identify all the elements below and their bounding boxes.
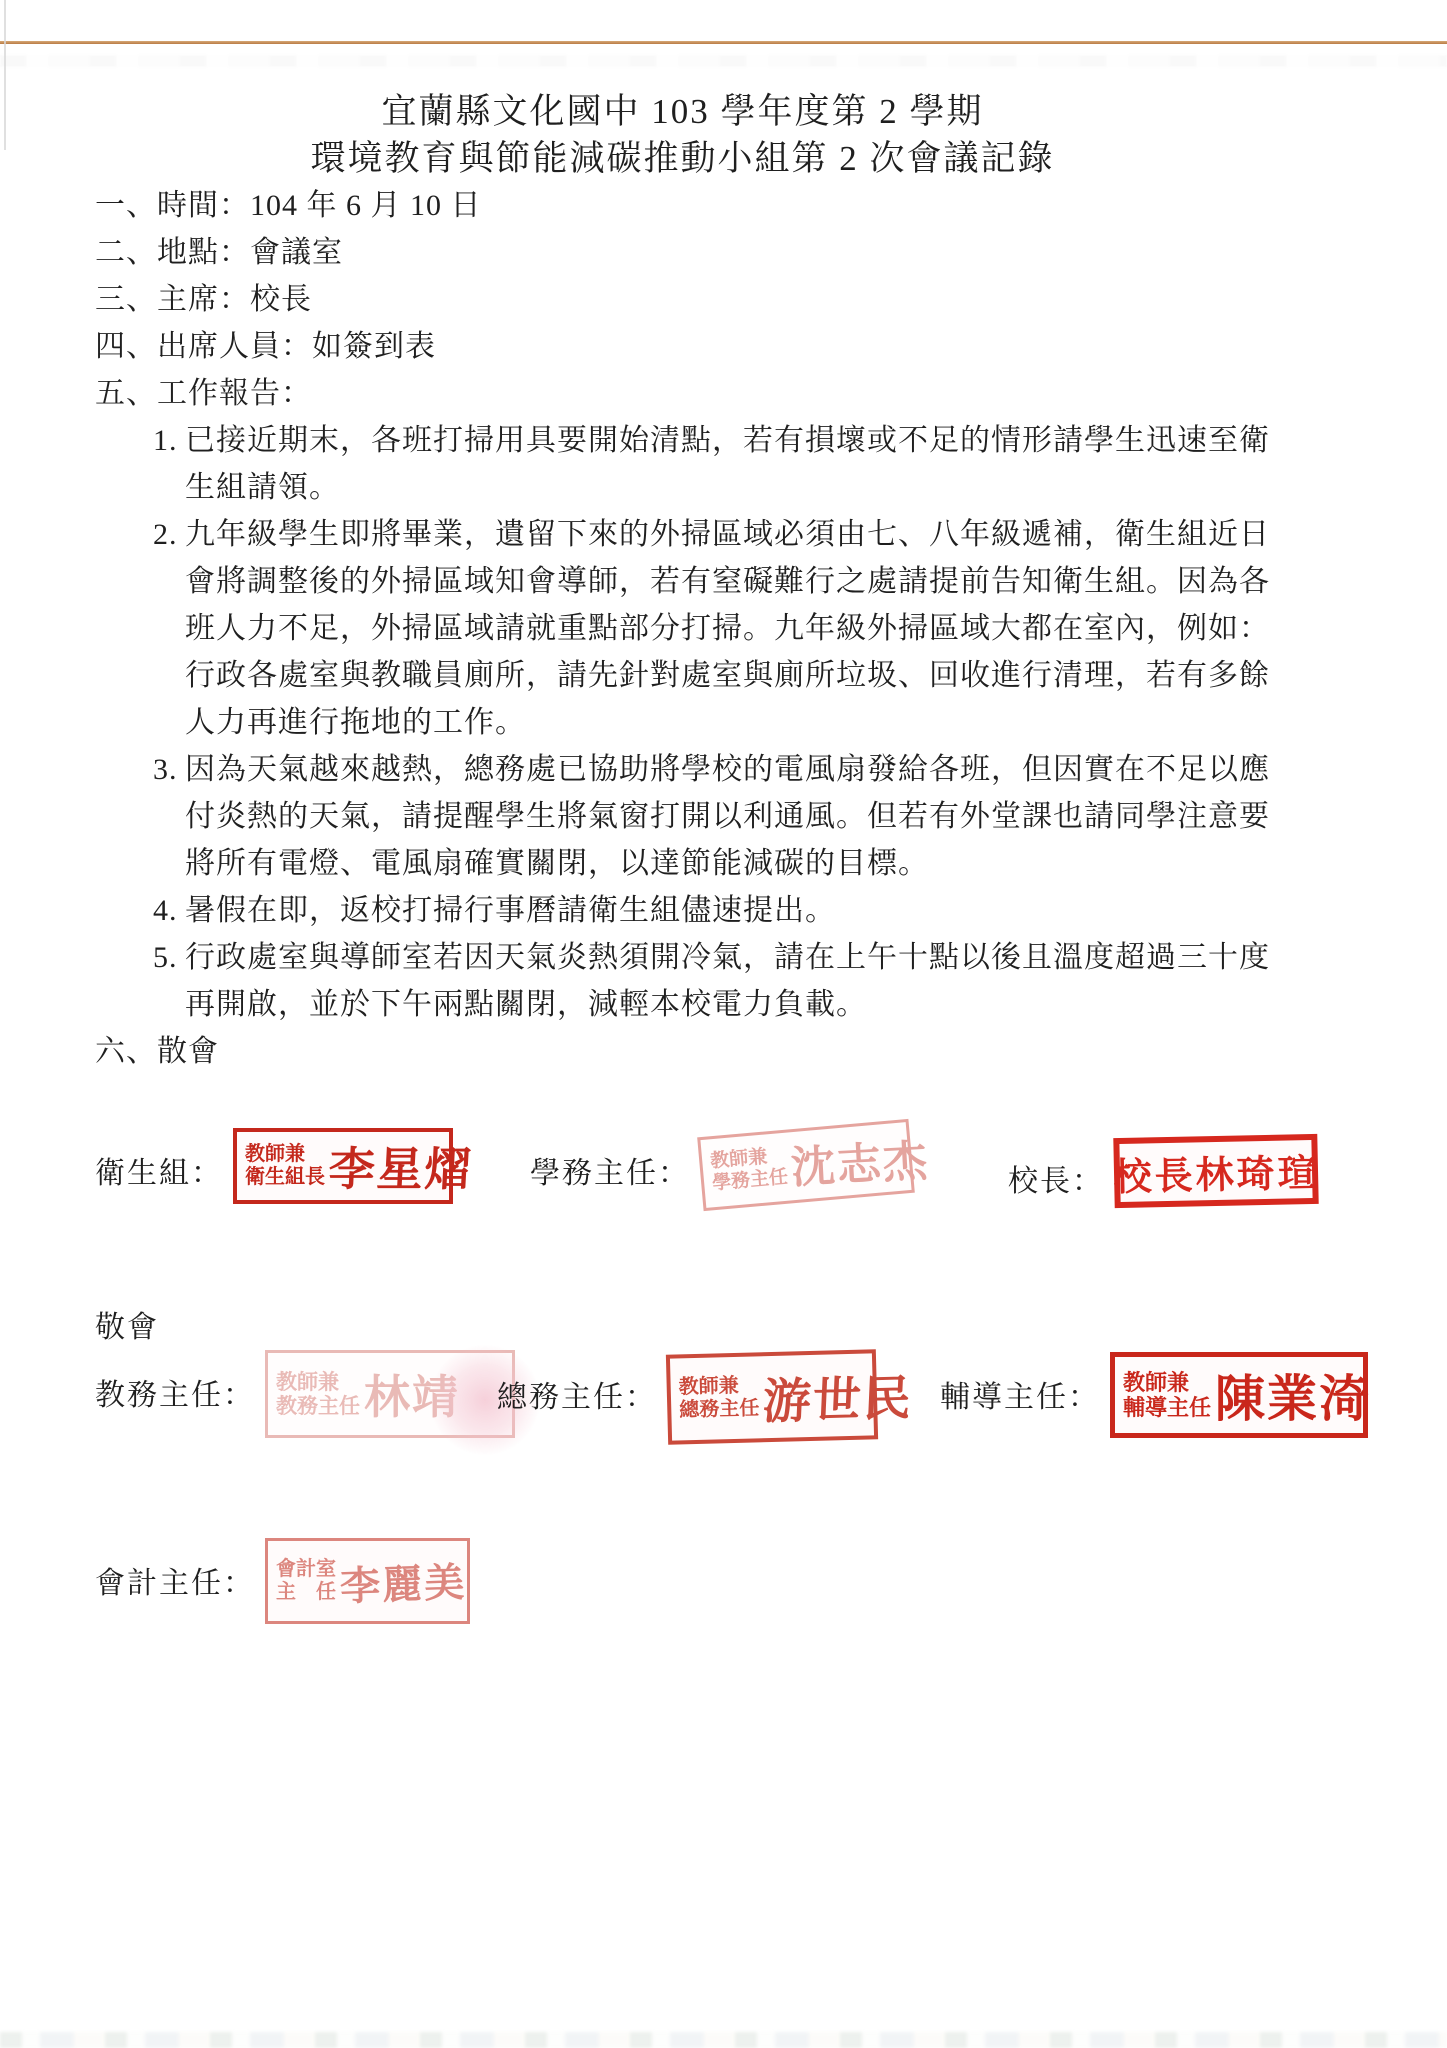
signature-group-principal: 校長： 校長林琦瑄 — [1008, 1136, 1318, 1206]
report-item-1: 1. 已接近期末，各班打掃用具要開始清點，若有損壞或不足的情形請學生迅速至衛生組… — [95, 417, 1270, 511]
stamp-prefix-line1: 教師兼 — [1123, 1370, 1211, 1395]
scanned-meeting-minutes-page: 宜蘭縣文化國中 103 學年度第 2 學期 環境教育與節能減碳推動小組第 2 次… — [0, 0, 1447, 2048]
signature-label-hygiene: 衛生組： — [95, 1128, 223, 1192]
signature-group-counseling: 輔導主任： 教師兼 輔導主任 陳業渏 — [940, 1352, 1368, 1438]
academic-affairs-director-stamp: 教師兼 教務主任 林靖 — [265, 1350, 515, 1438]
meta-line-chair: 三、主席：校長 — [95, 276, 1270, 323]
stamp-name: 沈志杰 — [789, 1125, 930, 1196]
signature-label-counseling: 輔導主任： — [940, 1352, 1100, 1416]
report-item-text: 九年級學生即將畢業，遺留下來的外掃區域必須由七、八年級遞補，衛生組近日會將調整後… — [185, 511, 1270, 746]
report-item-number: 3. — [153, 746, 185, 887]
signature-group-general-affairs: 總務主任： 教師兼 總務主任 游世民 — [497, 1352, 877, 1442]
left-scan-edge-line — [4, 0, 6, 150]
stamp-prefix-line2: 衛生組長 — [245, 1166, 325, 1189]
stamp-prefix-line1: 教師兼 — [276, 1370, 360, 1394]
bottom-scan-smudge — [0, 2032, 1447, 2048]
signature-label-accounting: 會計主任： — [95, 1538, 255, 1602]
greeting-line: 敬會 — [95, 1302, 159, 1346]
meta-line-time: 一、時間：104 年 6 月 10 日 — [95, 182, 1270, 229]
report-item-number: 1. — [153, 417, 185, 511]
top-scan-smudge — [0, 55, 1447, 67]
accounting-director-stamp: 會計室 主 任 李麗美 — [265, 1538, 470, 1624]
report-item-4: 4. 暑假在即，返校打掃行事曆請衛生組儘速提出。 — [95, 887, 1270, 934]
stamp-prefix-line2: 總務主任 — [679, 1397, 760, 1422]
signature-label-general-affairs: 總務主任： — [497, 1352, 657, 1416]
page-title-line1: 宜蘭縣文化國中 103 學年度第 2 學期 — [95, 88, 1270, 135]
stamp-title-prefix: 會計室 主 任 — [276, 1558, 336, 1604]
page-title-line2: 環境教育與節能減碳推動小組第 2 次會議記錄 — [95, 135, 1270, 182]
signature-label-academic: 教務主任： — [95, 1350, 255, 1414]
stamp-title-prefix: 教師兼 學務主任 — [709, 1145, 789, 1195]
signature-label-student-affairs: 學務主任： — [530, 1128, 690, 1192]
stamp-name: 校長林琦瑄 — [1113, 1141, 1319, 1200]
report-item-text: 行政處室與導師室若因天氣炎熱須開冷氣，請在上午十點以後且溫度超過三十度再開啟，並… — [185, 934, 1270, 1028]
top-scan-rule-line — [0, 41, 1447, 44]
report-item-5: 5. 行政處室與導師室若因天氣炎熱須開冷氣，請在上午十點以後且溫度超過三十度再開… — [95, 934, 1270, 1028]
stamp-title-prefix: 教師兼 輔導主任 — [1123, 1370, 1211, 1421]
meta-line-work-report-heading: 五、工作報告： — [95, 370, 1270, 417]
report-item-2: 2. 九年級學生即將畢業，遺留下來的外掃區域必須由七、八年級遞補，衛生組近日會將… — [95, 511, 1270, 746]
stamp-name: 李星熠 — [327, 1133, 474, 1199]
stamp-prefix-line2: 主 任 — [276, 1581, 336, 1604]
signature-group-accounting: 會計主任： 會計室 主 任 李麗美 — [95, 1538, 470, 1624]
stamp-prefix-line1: 會計室 — [276, 1558, 336, 1581]
signature-group-academic: 教務主任： 教師兼 教務主任 林靖 — [95, 1350, 515, 1438]
stamp-prefix-line1: 教師兼 — [245, 1143, 325, 1166]
report-item-number: 5. — [153, 934, 185, 1028]
report-item-3: 3. 因為天氣越來越熱，總務處已協助將學校的電風扇發給各班，但因實在不足以應付炎… — [95, 746, 1270, 887]
principal-stamp: 校長林琦瑄 — [1113, 1134, 1318, 1208]
document-body: 宜蘭縣文化國中 103 學年度第 2 學期 環境教育與節能減碳推動小組第 2 次… — [95, 88, 1270, 1075]
stamp-title-prefix: 教師兼 總務主任 — [678, 1374, 759, 1422]
report-item-number: 2. — [153, 511, 185, 746]
stamp-title-prefix: 教師兼 教務主任 — [276, 1370, 360, 1418]
stamp-name: 李麗美 — [339, 1550, 467, 1611]
report-item-text: 暑假在即，返校打掃行事曆請衛生組儘速提出。 — [185, 887, 1270, 934]
signature-group-student-affairs: 學務主任： 教師兼 學務主任 沈志杰 — [530, 1128, 912, 1202]
stamp-name: 游世民 — [761, 1359, 914, 1432]
stamp-title-prefix: 教師兼 衛生組長 — [245, 1143, 325, 1189]
student-affairs-director-stamp: 教師兼 學務主任 沈志杰 — [697, 1119, 915, 1211]
general-affairs-director-stamp: 教師兼 總務主任 游世民 — [666, 1349, 878, 1444]
stamp-prefix-line2: 教務主任 — [276, 1394, 360, 1418]
report-item-text: 因為天氣越來越熱，總務處已協助將學校的電風扇發給各班，但因實在不足以應付炎熱的天… — [185, 746, 1270, 887]
meta-line-location: 二、地點：會議室 — [95, 229, 1270, 276]
signature-group-hygiene: 衛生組： 教師兼 衛生組長 李星熠 — [95, 1128, 453, 1204]
report-item-text: 已接近期末，各班打掃用具要開始清點，若有損壞或不足的情形請學生迅速至衛生組請領。 — [185, 417, 1270, 511]
report-item-number: 4. — [153, 887, 185, 934]
stamp-name: 林靖 — [364, 1361, 460, 1427]
counseling-director-stamp: 教師兼 輔導主任 陳業渏 — [1110, 1352, 1368, 1438]
hygiene-section-chief-stamp: 教師兼 衛生組長 李星熠 — [233, 1128, 453, 1204]
closing-line: 六、散會 — [95, 1028, 1270, 1075]
signature-label-principal: 校長： — [1008, 1136, 1104, 1200]
meta-line-attendees: 四、出席人員：如簽到表 — [95, 323, 1270, 370]
stamp-name: 陳業渏 — [1215, 1359, 1371, 1431]
stamp-prefix-line2: 輔導主任 — [1123, 1395, 1211, 1420]
stamp-prefix-line1: 教師兼 — [678, 1374, 759, 1399]
